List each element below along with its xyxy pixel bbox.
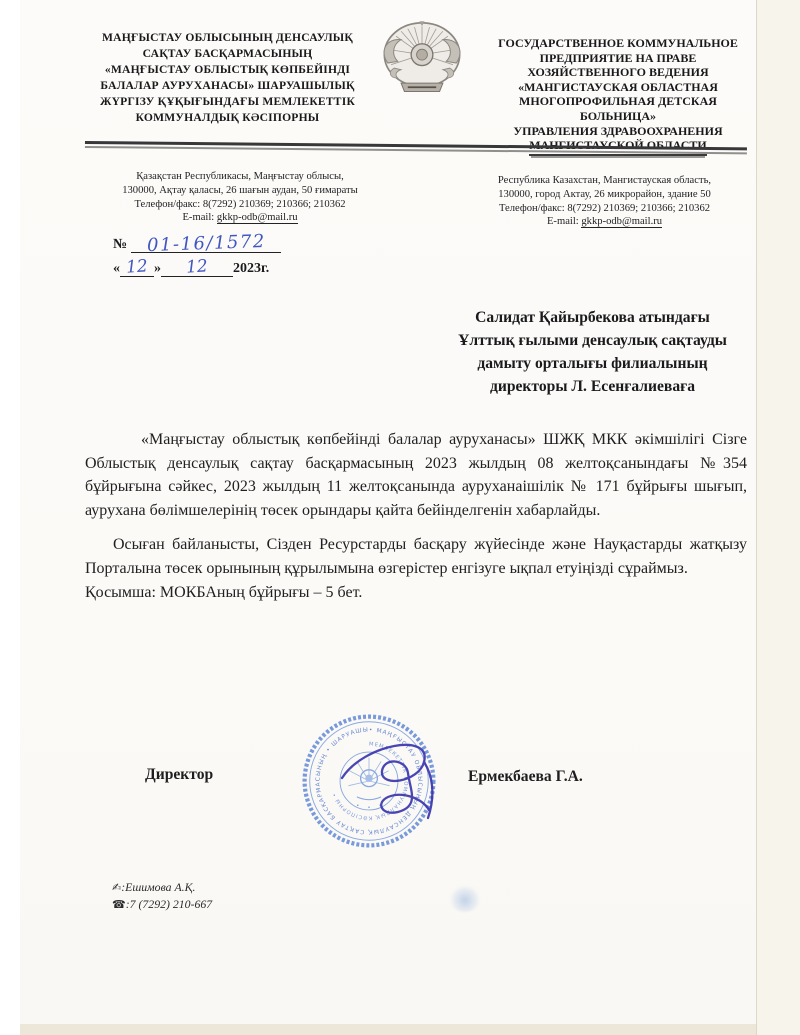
year-label: 2023г. [233, 261, 269, 276]
org-right-line: МНОГОПРОФИЛЬНАЯ ДЕТСКАЯ [470, 94, 756, 109]
contact-line: Қазақстан Республикасы, Маңғыстау облысы… [90, 170, 390, 184]
telephone-icon: ☎ [112, 898, 126, 911]
signer-title: Директор [145, 766, 213, 784]
org-left-line: БАЛАЛАР АУРУХАНАСЫ» ШАРУАШЫЛЫҚ [75, 78, 380, 94]
body-paragraph-1: «Маңғыстау облыстық көпбейінді балалар а… [85, 428, 747, 522]
writing-hand-icon: ✍ [112, 881, 121, 894]
contact-email-line: E-mail: gkkp-odb@mail.ru [90, 211, 390, 225]
reference-block: №01-16/1572 «12»122023г. [113, 231, 373, 278]
handwritten-number: 01-16/1572 [146, 231, 265, 256]
addressee-block: Салидат Қайырбекова атындағы Ұлттық ғылы… [400, 306, 756, 398]
letter-body: «Маңғыстау облыстық көпбейінді балалар а… [85, 428, 747, 604]
addressee-line: дамыту орталығы филиалының [400, 352, 756, 375]
handwritten-day: 12 [126, 256, 149, 277]
org-right-line: ХОЗЯЙСТВЕННОГО ВЕДЕНИЯ [470, 65, 756, 80]
executor-phone: :7 (7292) 210-667 [126, 897, 213, 911]
kazakhstan-coat-of-arms-icon [376, 8, 468, 108]
executor-name: :Ешимова А.Қ. [121, 880, 195, 894]
scan-margin-right [756, 0, 800, 1035]
executor-block: ✍:Ешимова А.Қ. ☎:7 (7292) 210-667 [112, 879, 212, 913]
contact-line: Телефон/факс: 8(7292) 210369; 210366; 21… [90, 198, 390, 212]
org-right-line: БОЛЬНИЦА» [470, 109, 756, 124]
org-right-line: ГОСУДАРСТВЕННОЕ КОММУНАЛЬНОЕ [470, 36, 756, 51]
org-right-line: УПРАВЛЕНИЯ ЗДРАВООХРАНЕНИЯ [470, 124, 756, 139]
addressee-line: Салидат Қайырбекова атындағы [400, 306, 756, 329]
signer-name: Ермекбаева Г.А. [468, 768, 583, 786]
handwritten-signature [328, 726, 478, 831]
contact-block-kazakh: Қазақстан Республикасы, Маңғыстау облысы… [90, 170, 390, 225]
addressee-line: Ұлттық ғылыми денсаулық сақтауды [400, 329, 756, 352]
scan-margin-bottom [20, 1024, 756, 1035]
email-address: gkkp-odb@mail.ru [217, 212, 298, 224]
handwritten-month: 12 [186, 256, 209, 277]
org-left-line: МАҢҒЫСТАУ ОБЛЫСЫНЫҢ ДЕНСАУЛЫҚ [75, 30, 380, 46]
number-underline: 01-16/1572 [131, 231, 281, 253]
phone-line: ☎:7 (7292) 210-667 [112, 896, 212, 913]
body-paragraph-2: Осыған байланысты, Сізден Ресурстарды ба… [85, 533, 747, 580]
day-underline: 12 [120, 256, 154, 277]
contact-email-line: E-mail: gkkp-odb@mail.ru [452, 215, 756, 229]
contact-line: Телефон/факс: 8(7292) 210369; 210366; 21… [452, 202, 756, 216]
contact-line: 130000, Ақтау қаласы, 26 шағын аудан, 50… [90, 184, 390, 198]
org-name-russian: ГОСУДАРСТВЕННОЕ КОММУНАЛЬНОЕ ПРЕДПРИЯТИЕ… [470, 36, 756, 156]
number-label: № [113, 237, 127, 252]
org-right-line: «МАНГИСТАУСКАЯ ОБЛАСТНАЯ [470, 80, 756, 95]
org-name-kazakh: МАҢҒЫСТАУ ОБЛЫСЫНЫҢ ДЕНСАУЛЫҚ САҚТАУ БАС… [75, 30, 380, 126]
ink-smudge [448, 886, 482, 912]
org-left-line: ЖҮРГІЗУ ҚҰҚЫҒЫНДАҒЫ МЕМЛЕКЕТТІК [75, 94, 380, 110]
attachment-note: Қосымша: МОКБАның бұйрығы – 5 бет. [85, 581, 747, 605]
scanned-page: МАҢҒЫСТАУ ОБЛЫСЫНЫҢ ДЕНСАУЛЫҚ САҚТАУ БАС… [20, 0, 756, 1024]
contact-line: 130000, город Актау, 26 микрорайон, здан… [452, 188, 756, 202]
org-left-line: КОММУНАЛДЫҚ КӘСІПОРНЫ [75, 110, 380, 126]
executor-line: ✍:Ешимова А.Қ. [112, 879, 212, 896]
email-address: gkkp-odb@mail.ru [581, 216, 662, 228]
org-left-line: САҚТАУ БАСҚАРМАСЫНЫҢ [75, 46, 380, 62]
addressee-line: директоры Л. Есенғалиеваға [400, 375, 756, 398]
scanned-letter-document: { "header": { "left_org": { "lines": [ "… [0, 0, 800, 1035]
contact-block-russian: Республика Казахстан, Мангистауская обла… [452, 174, 756, 229]
outgoing-number-row: №01-16/1572 [113, 231, 373, 253]
date-row: «12»122023г. [113, 256, 373, 278]
contact-line: Республика Казахстан, Мангистауская обла… [452, 174, 756, 188]
org-left-line: «МАҢҒЫСТАУ ОБЛЫСТЫҚ КӨПБЕЙІНДІ [75, 62, 380, 78]
month-underline: 12 [161, 256, 233, 277]
org-right-line: ПРЕДПРИЯТИЕ НА ПРАВЕ [470, 51, 756, 66]
